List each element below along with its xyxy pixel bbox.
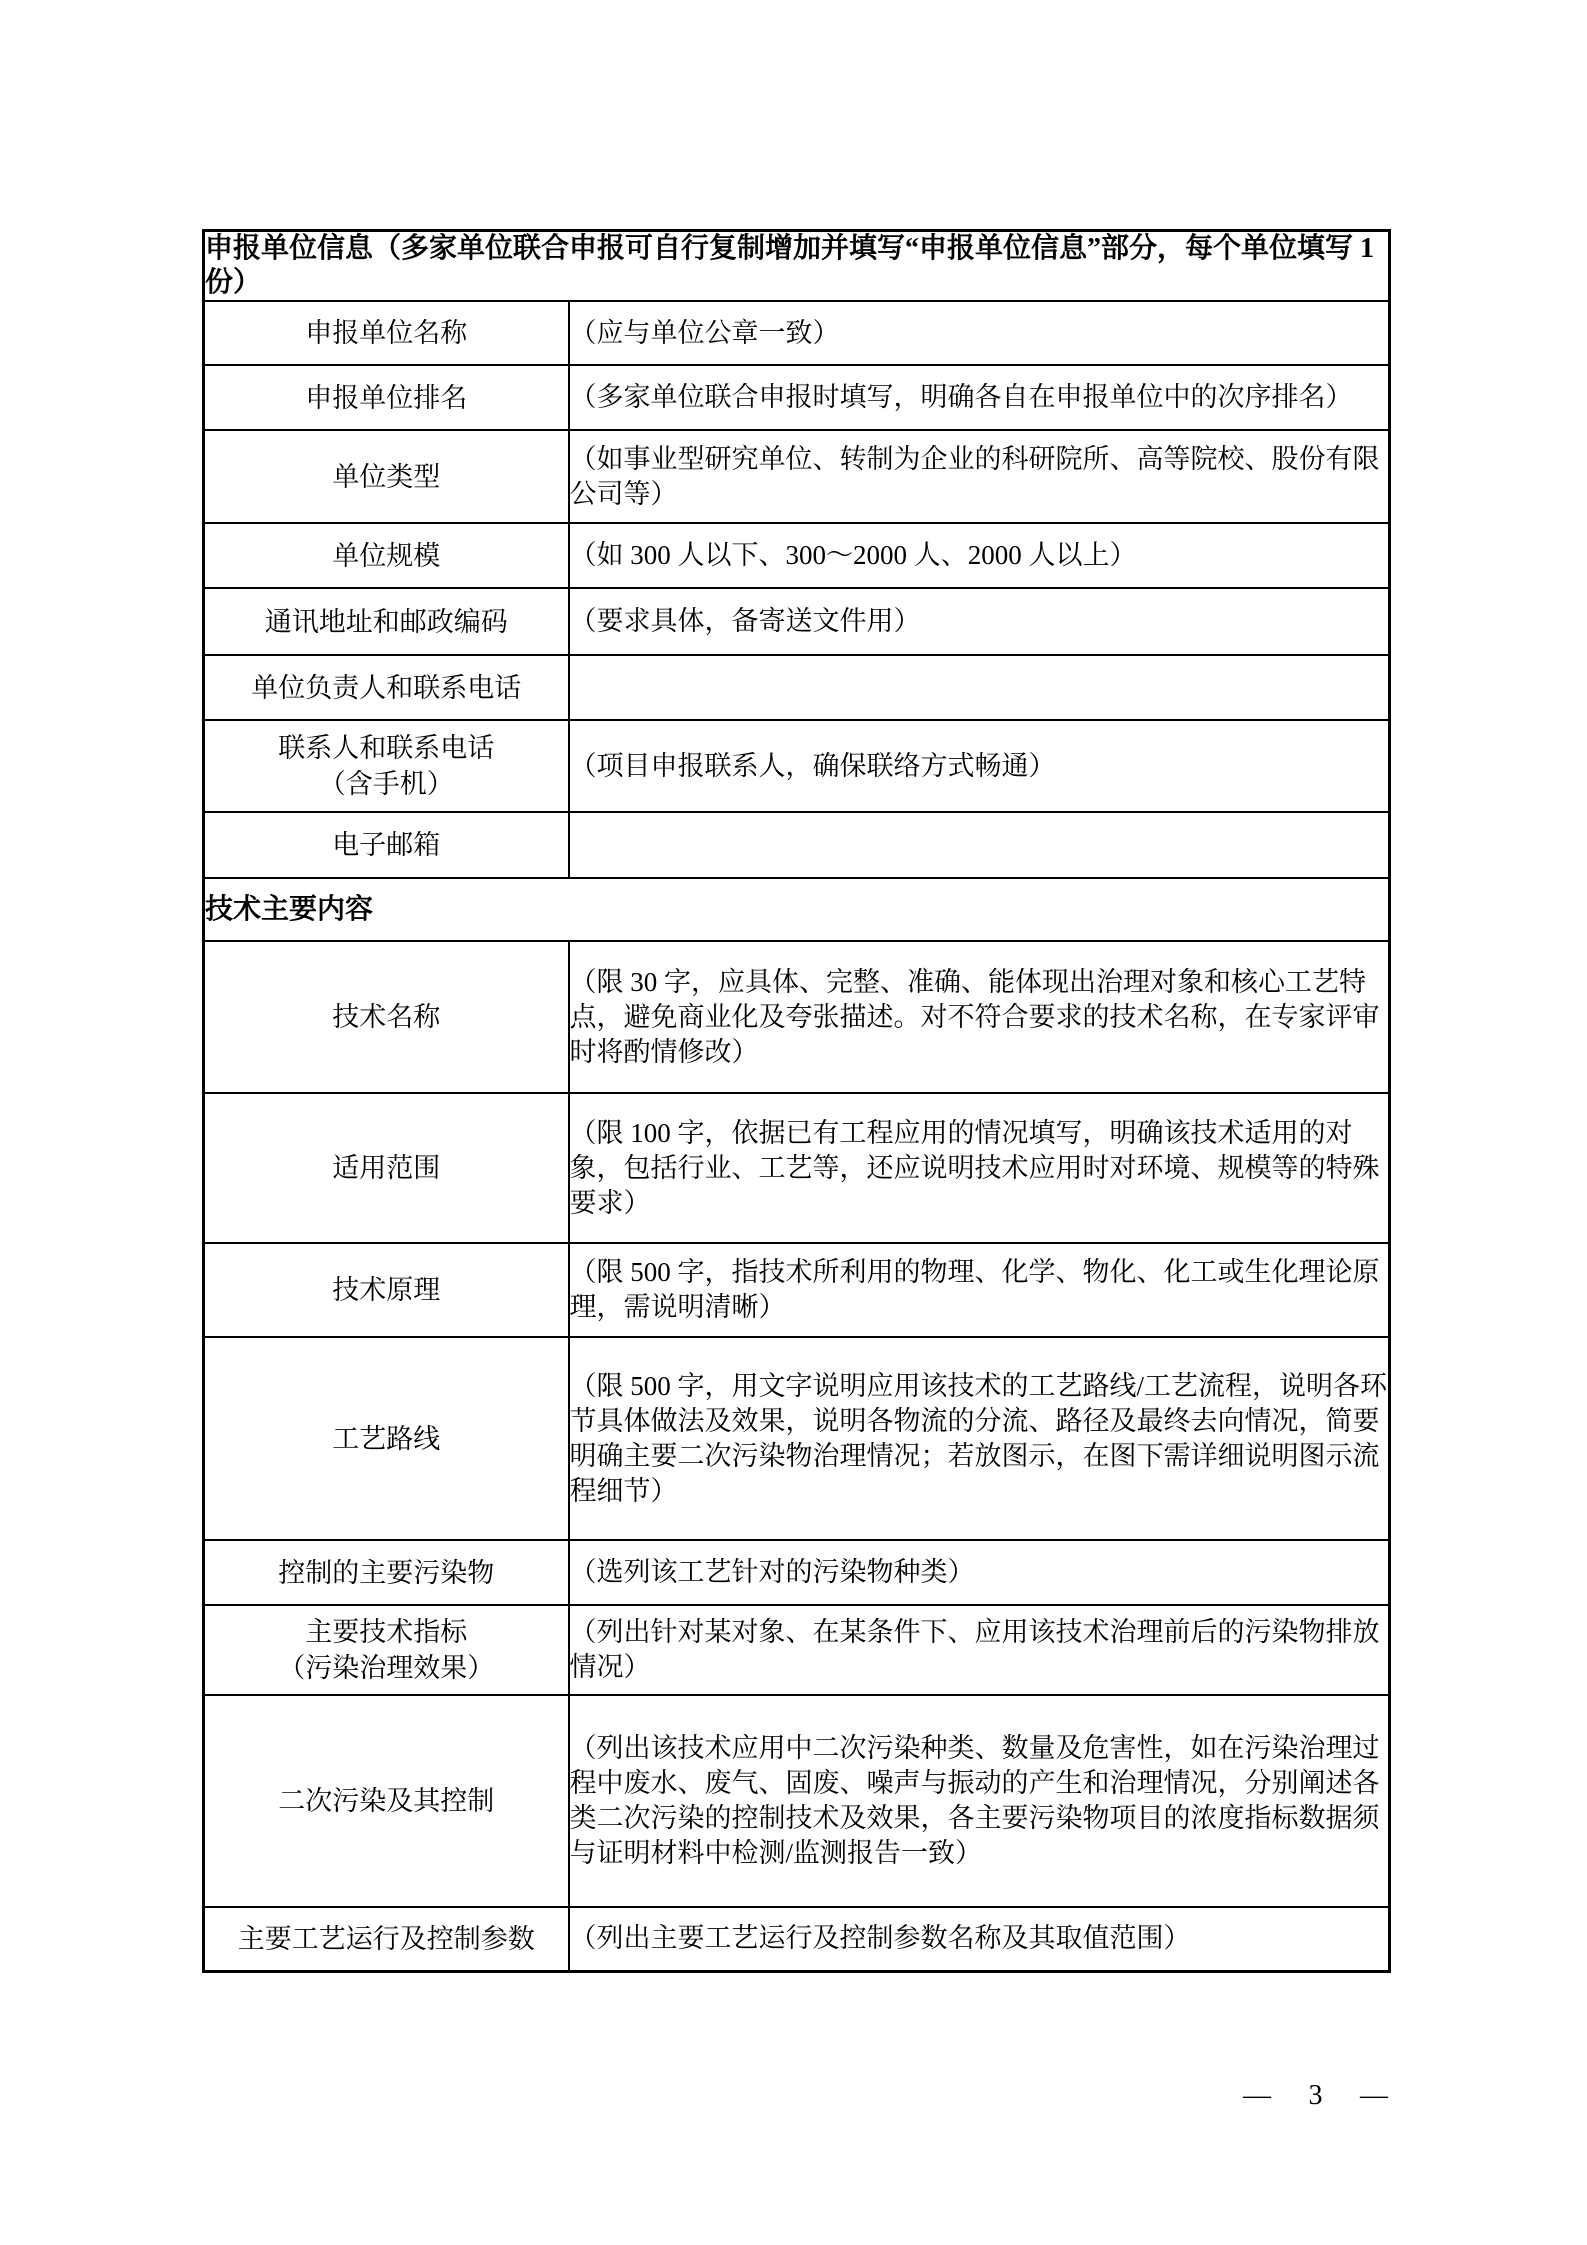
table-row: 单位类型 （如事业型研究单位、转制为企业的科研院所、高等院校、股份有限公司等） [204, 430, 1390, 523]
row-label: 单位负责人和联系电话 [204, 655, 569, 720]
row-content: （列出针对某对象、在某条件下、应用该技术治理前后的污染物排放情况） [569, 1605, 1390, 1695]
row-label: 单位类型 [204, 430, 569, 523]
table-row: 联系人和联系电话 （含手机） （项目申报联系人，确保联络方式畅通） [204, 720, 1390, 812]
table-row: 控制的主要污染物 （选列该工艺针对的污染物种类） [204, 1540, 1390, 1605]
row-content [569, 655, 1390, 720]
row-label: 控制的主要污染物 [204, 1540, 569, 1605]
table-row: 申报单位名称 （应与单位公章一致） [204, 301, 1390, 365]
row-content: （要求具体，备寄送文件用） [569, 588, 1390, 655]
table-row: 申报单位排名 （多家单位联合申报时填写，明确各自在申报单位中的次序排名） [204, 365, 1390, 430]
row-label: 单位规模 [204, 523, 569, 588]
table-row: 主要技术指标 （污染治理效果） （列出针对某对象、在某条件下、应用该技术治理前后… [204, 1605, 1390, 1695]
table-row: 通讯地址和邮政编码 （要求具体，备寄送文件用） [204, 588, 1390, 655]
row-label: 适用范围 [204, 1093, 569, 1243]
document-page: { "table": { "unit_info_section_title": … [0, 0, 1587, 2245]
row-content: （项目申报联系人，确保联络方式畅通） [569, 720, 1390, 812]
row-content [569, 812, 1390, 878]
row-content: （多家单位联合申报时填写，明确各自在申报单位中的次序排名） [569, 365, 1390, 430]
page-number-right-dash: — [1360, 2080, 1388, 2112]
row-label: 申报单位名称 [204, 301, 569, 365]
row-content: （应与单位公章一致） [569, 301, 1390, 365]
table-row: 单位负责人和联系电话 [204, 655, 1390, 720]
table-row: 工艺路线 （限 500 字，用文字说明应用该技术的工艺路线/工艺流程，说明各环节… [204, 1337, 1390, 1540]
row-content: （限 500 字，用文字说明应用该技术的工艺路线/工艺流程，说明各环节具体做法及… [569, 1337, 1390, 1540]
row-label: 技术名称 [204, 941, 569, 1093]
page-number-value: 3 [1309, 2080, 1323, 2112]
table-row: 电子邮箱 [204, 812, 1390, 878]
row-label: 电子邮箱 [204, 812, 569, 878]
row-content: （限 100 字，依据已有工程应用的情况填写，明确该技术适用的对象，包括行业、工… [569, 1093, 1390, 1243]
page-number: — 3 — [1243, 2076, 1388, 2116]
row-label: 申报单位排名 [204, 365, 569, 430]
application-form-table: 申报单位信息（多家单位联合申报可自行复制增加并填写“申报单位信息”部分，每个单位… [202, 229, 1391, 1973]
row-label: 联系人和联系电话 （含手机） [204, 720, 569, 812]
section-title-tech-content: 技术主要内容 [204, 878, 1390, 941]
row-content: （列出该技术应用中二次污染种类、数量及危害性，如在污染治理过程中废水、废气、固废… [569, 1695, 1390, 1907]
row-content: （如事业型研究单位、转制为企业的科研院所、高等院校、股份有限公司等） [569, 430, 1390, 523]
row-label: 主要技术指标 （污染治理效果） [204, 1605, 569, 1695]
row-content: （列出主要工艺运行及控制参数名称及其取值范围） [569, 1907, 1390, 1971]
section-row-unit-info: 申报单位信息（多家单位联合申报可自行复制增加并填写“申报单位信息”部分，每个单位… [204, 231, 1390, 302]
table-row: 单位规模 （如 300 人以下、300～2000 人、2000 人以上） [204, 523, 1390, 588]
row-content: （限 30 字，应具体、完整、准确、能体现出治理对象和核心工艺特点，避免商业化及… [569, 941, 1390, 1093]
table-row: 技术名称 （限 30 字，应具体、完整、准确、能体现出治理对象和核心工艺特点，避… [204, 941, 1390, 1093]
page-number-left-dash: — [1243, 2080, 1271, 2112]
row-label: 通讯地址和邮政编码 [204, 588, 569, 655]
section-title-unit-info: 申报单位信息（多家单位联合申报可自行复制增加并填写“申报单位信息”部分，每个单位… [204, 231, 1390, 302]
row-label: 技术原理 [204, 1243, 569, 1337]
table-row: 主要工艺运行及控制参数 （列出主要工艺运行及控制参数名称及其取值范围） [204, 1907, 1390, 1971]
row-content: （如 300 人以下、300～2000 人、2000 人以上） [569, 523, 1390, 588]
section-row-tech-content: 技术主要内容 [204, 878, 1390, 941]
table-row: 适用范围 （限 100 字，依据已有工程应用的情况填写，明确该技术适用的对象，包… [204, 1093, 1390, 1243]
table-row: 技术原理 （限 500 字，指技术所利用的物理、化学、物化、化工或生化理论原理，… [204, 1243, 1390, 1337]
row-label: 主要工艺运行及控制参数 [204, 1907, 569, 1971]
table-row: 二次污染及其控制 （列出该技术应用中二次污染种类、数量及危害性，如在污染治理过程… [204, 1695, 1390, 1907]
row-label: 工艺路线 [204, 1337, 569, 1540]
row-label: 二次污染及其控制 [204, 1695, 569, 1907]
row-content: （限 500 字，指技术所利用的物理、化学、物化、化工或生化理论原理，需说明清晰… [569, 1243, 1390, 1337]
row-content: （选列该工艺针对的污染物种类） [569, 1540, 1390, 1605]
